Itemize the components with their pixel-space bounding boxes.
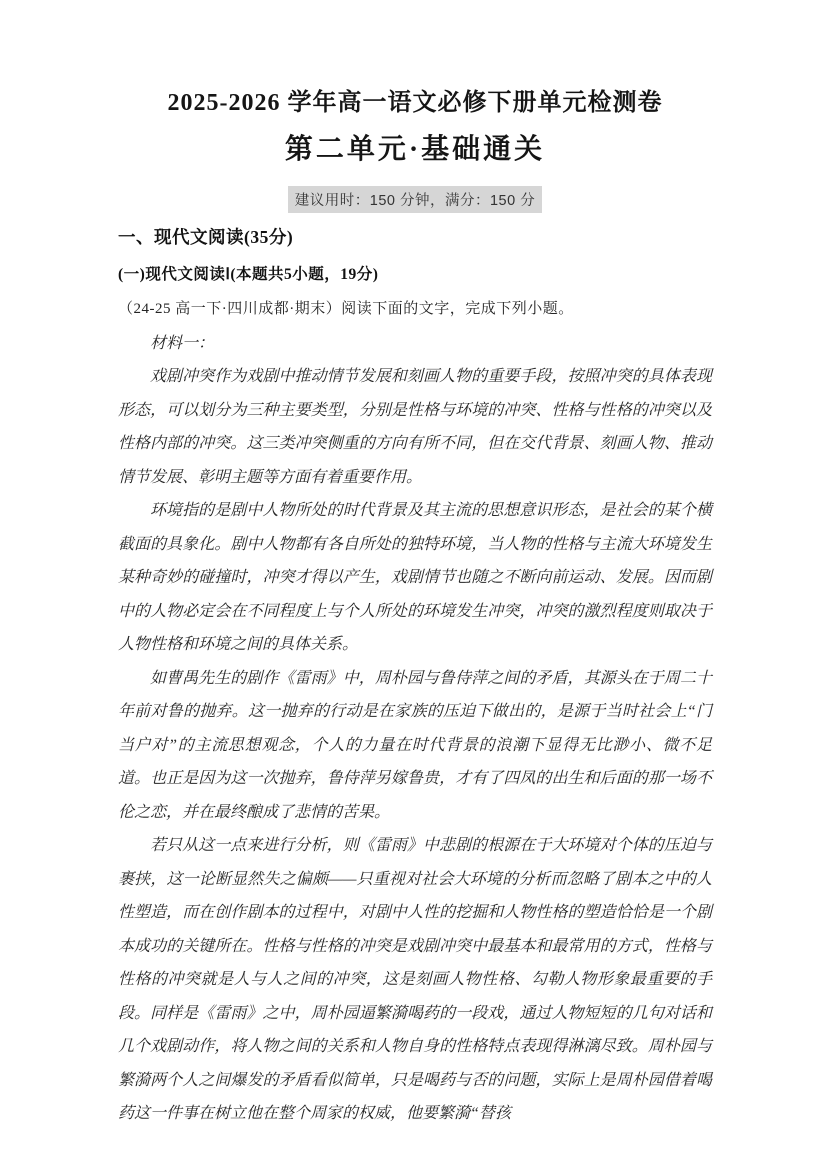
- material-paragraph-3: 如曹禺先生的剧作《雷雨》中，周朴园与鲁侍萍之间的矛盾，其源头在于周二十年前对鲁的…: [118, 662, 712, 830]
- question-source-line: （24-25 高一下·四川成都·期末）阅读下面的文字，完成下列小题。: [118, 297, 712, 318]
- subsection-heading-reading-one: (一)现代文阅读Ⅰ(本题共5小题，19分): [118, 262, 712, 284]
- time-score-badge: 建议用时：150 分钟，满分：150 分: [288, 186, 542, 213]
- meta-row: 建议用时：150 分钟，满分：150 分: [118, 186, 712, 213]
- section-heading-modern-reading: 一、现代文阅读(35分): [118, 224, 712, 249]
- unit-subtitle: 第二单元·基础通关: [118, 132, 712, 168]
- material-paragraph-4: 若只从这一点来进行分析，则《雷雨》中悲剧的根源在于大环境对个体的压迫与裹挟，这一…: [118, 829, 712, 1131]
- exam-paper-page: 2025-2026 学年高一语文必修下册单元检测卷 第二单元·基础通关 建议用时…: [0, 0, 827, 1169]
- material-paragraph-2: 环境指的是剧中人物所处的时代背景及其主流的思想意识形态，是社会的某个横截面的具象…: [118, 494, 712, 662]
- paper-title: 2025-2026 学年高一语文必修下册单元检测卷: [118, 88, 712, 119]
- page-content: 2025-2026 学年高一语文必修下册单元检测卷 第二单元·基础通关 建议用时…: [0, 0, 827, 1131]
- material-paragraph-1: 戏剧冲突作为戏剧中推动情节发展和刻画人物的重要手段，按照冲突的具体表现形态，可以…: [118, 360, 712, 494]
- material-text-block: 材料一： 戏剧冲突作为戏剧中推动情节发展和刻画人物的重要手段，按照冲突的具体表现…: [118, 327, 712, 1131]
- material-one-label: 材料一：: [118, 327, 712, 361]
